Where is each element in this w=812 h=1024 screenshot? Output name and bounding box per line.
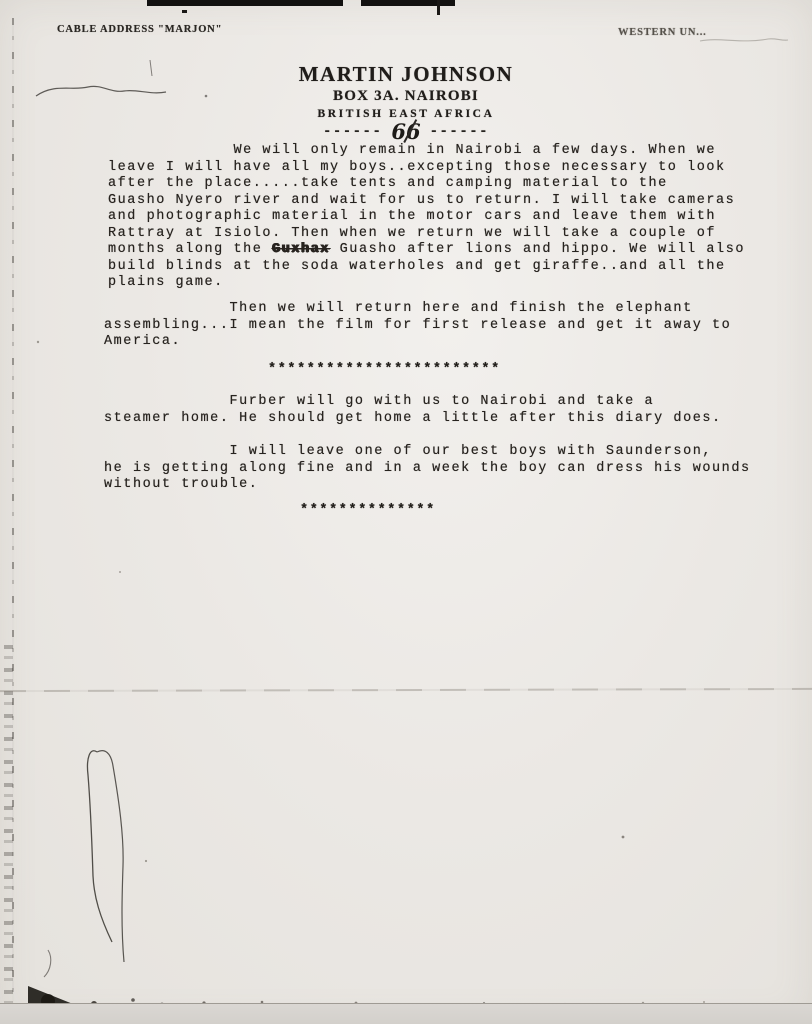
paragraph-1-text-before: We will only remain in Nairobi a few day… — [108, 143, 735, 257]
page-number-dashes-right: ------ — [430, 124, 489, 140]
page-number-row: ------66------ — [0, 121, 812, 144]
letterhead-box-address: BOX 3A. NAIROBI — [0, 88, 812, 105]
scan-top-dot — [182, 10, 187, 13]
scan-top-tick — [437, 0, 440, 15]
cable-address-text: CABLE ADDRESS "MARJON" — [57, 24, 222, 35]
horizontal-fold-line — [0, 688, 812, 692]
scan-top-bar-left — [147, 0, 343, 6]
handwritten-loop-mark — [87, 751, 112, 942]
body-paragraph-3: Furber will go with us to Nairobi and ta… — [104, 394, 722, 427]
body-paragraph-2: Then we will return here and finish the … — [104, 301, 731, 351]
body-paragraph-4: I will leave one of our best boys with S… — [104, 444, 751, 494]
scan-speck — [622, 836, 625, 839]
scan-bottom-background — [0, 1003, 812, 1024]
scan-top-bar-right — [361, 0, 455, 6]
page-number-value: 66 — [391, 121, 420, 142]
western-union-text: WESTERN UN... — [618, 27, 707, 38]
overstruck-word: Guxhax — [272, 242, 330, 257]
letterhead-name: MARTIN JOHNSON — [0, 62, 812, 87]
faded-scribble-top-right — [700, 39, 788, 41]
left-edge-scan-speckle — [4, 645, 13, 1010]
asterisk-separator-2: ************** — [300, 503, 436, 518]
body-paragraph-1: We will only remain in Nairobi a few day… — [108, 143, 745, 292]
page-number-dashes-left: ------ — [323, 124, 382, 140]
asterisk-separator-1: ************************ — [268, 362, 501, 377]
scanned-letter-page: CABLE ADDRESS "MARJON" WESTERN UN... MAR… — [0, 0, 812, 1024]
